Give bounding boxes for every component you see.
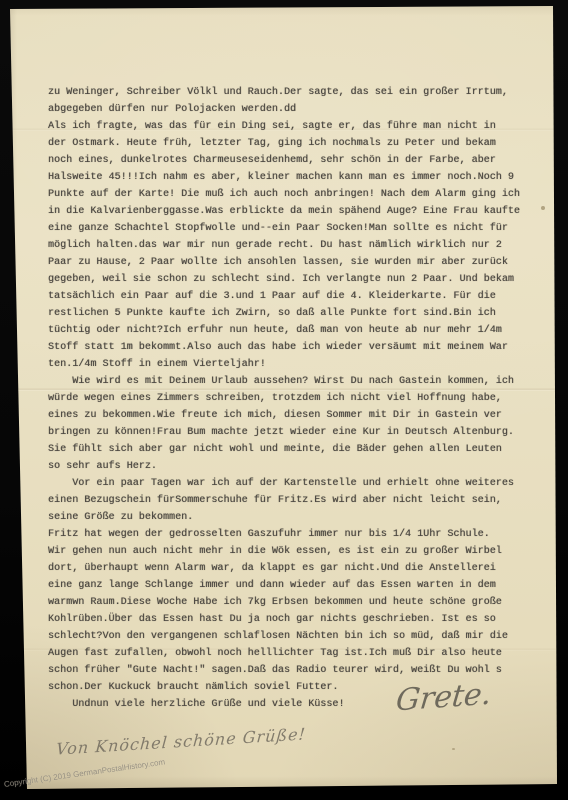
- typed-line: eine ganz lange Schlange immer und dann …: [48, 577, 544, 594]
- typed-line: so sehr aufs Herz.: [48, 458, 544, 475]
- typed-line: Halsweite 45!!!Ich nahm es aber, kleiner…: [48, 169, 544, 186]
- typed-line: bringen zu können!Frau Bum machte jetzt …: [48, 424, 544, 441]
- typed-line: Wie wird es mit Deinem Urlaub aussehen? …: [48, 373, 544, 390]
- typed-line: Augen fast zufallen, obwohl noch helllic…: [48, 645, 544, 662]
- typed-line: Punkte auf der Karte! Die muß ich auch n…: [48, 186, 544, 203]
- typed-line: würde wegen eines Zimmers schreiben, tro…: [48, 390, 544, 407]
- photo-background: zu Weninger, Schreiber Völkl und Rauch.D…: [0, 0, 568, 800]
- typed-line: einen Bezugschein fürSommerschuhe für Fr…: [48, 492, 544, 509]
- typed-line: Kohlrüben.Über das Essen hast Du ja noch…: [48, 611, 544, 628]
- typed-line: dort, überhaupt wenn Alarm war, da klapp…: [48, 560, 544, 577]
- typed-line: Vor ein paar Tagen war ich auf der Karte…: [48, 475, 544, 492]
- typed-line: abgegeben dürfen nur Polojacken werden.d…: [48, 101, 544, 118]
- typed-line: seine Größe zu bekommen.: [48, 509, 544, 526]
- typed-line: möglich halten.das war mir nun gerade re…: [48, 237, 544, 254]
- typed-line: noch eines, dunkelrotes Charmeuseseidenh…: [48, 152, 544, 169]
- typed-line: ten.1/4m Stoff in einem Vierteljahr!: [48, 356, 544, 373]
- typed-line: tüchtig oder nicht?Ich erfuhr nun heute,…: [48, 322, 544, 339]
- typed-line: eine ganze Schachtel Stopfwolle und--ein…: [48, 220, 544, 237]
- typed-line: eines zu bekommen.Wie freute ich mich, d…: [48, 407, 544, 424]
- typed-line: gegeben, weil sie schon zu schlecht sind…: [48, 271, 544, 288]
- typed-line: in die Kalvarienberggasse.Was erblickte …: [48, 203, 544, 220]
- typed-line: zu Weninger, Schreiber Völkl und Rauch.D…: [48, 84, 544, 101]
- typed-line: Wir gehen nun auch nicht mehr in die Wök…: [48, 543, 544, 560]
- typed-line: warmwn Raum.Diese Woche Habe ich 7kg Erb…: [48, 594, 544, 611]
- typed-line: schon früher "Gute Nacht!" sagen.Daß das…: [48, 662, 544, 679]
- handwritten-signature: Grete.: [394, 676, 493, 718]
- typed-line: schlecht?Von den vergangenen schlaflosen…: [48, 628, 544, 645]
- typed-line: tatsächlich ein Paar auf die 3.und 1 Paa…: [48, 288, 544, 305]
- typed-line: Fritz hat wegen der gedrosselten Gaszufu…: [48, 526, 544, 543]
- typed-line: Als ich fragte, was das für ein Ding sei…: [48, 118, 544, 135]
- typed-line: der Ostmark. Heute früh, letzter Tag, gi…: [48, 135, 544, 152]
- typed-line: Paar zu Hause, 2 Paar wollte ich ansohle…: [48, 254, 544, 271]
- typed-line: Stoff statt 1m bekommt.Also auch das hab…: [48, 339, 544, 356]
- typed-line: restlichen 5 Punkte kaufte ich Zwirn, so…: [48, 305, 544, 322]
- typed-letter-body: zu Weninger, Schreiber Völkl und Rauch.D…: [48, 84, 544, 713]
- typed-line: Sie fühlt sich aber gar nicht wohl und m…: [48, 441, 544, 458]
- paper-speck: [452, 748, 455, 750]
